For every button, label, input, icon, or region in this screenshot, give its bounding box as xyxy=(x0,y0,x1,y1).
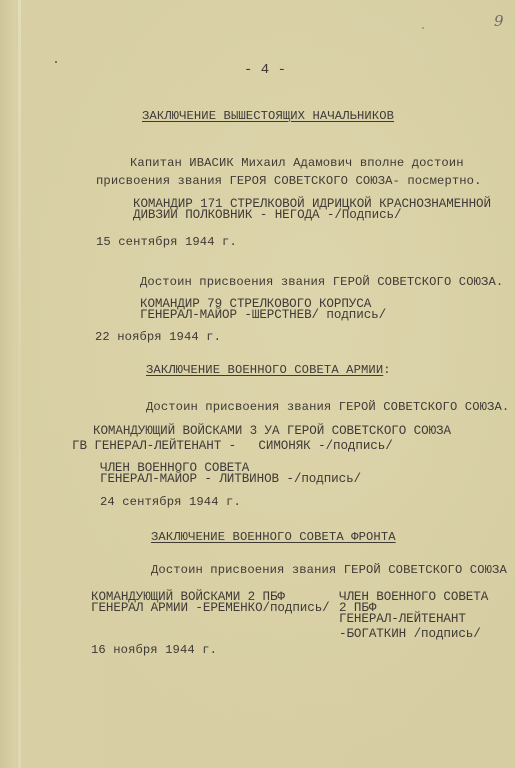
folio-number: 9 xyxy=(494,12,504,30)
signature-line: ГЕНЕРАЛ-ЛЕЙТЕНАНТ xyxy=(339,614,466,625)
paragraph-line: Достоин присвоения звания ГЕРОЙ СОВЕТСКО… xyxy=(146,401,509,413)
paragraph-line: Достоин присвоения звания ГЕРОЙ СОВЕТСКО… xyxy=(140,276,503,288)
signature-line: ДИВЗИИ ПОЛКОВНИК - НЕГОДА -/Подпись/ xyxy=(133,210,401,221)
ink-spot xyxy=(422,27,424,29)
date-line: 15 сентября 1944 г. xyxy=(96,236,237,248)
date-line: 22 ноября 1944 г. xyxy=(95,331,221,343)
page-number: - 4 - xyxy=(244,62,286,78)
signature-line: -БОГАТКИН /подпись/ xyxy=(339,629,481,640)
paragraph-line: Капитан ИВАСИК Михаил Адамович вполне до… xyxy=(130,157,464,169)
section-heading-front-council: ЗАКЛЮЧЕНИЕ ВОЕННОГО СОВЕТА ФРОНТА xyxy=(151,531,396,543)
date-line: 24 сентября 1944 г. xyxy=(100,496,241,508)
signature-line: ГЕНЕРАЛ-МАЙОР - ЛИТВИНОВ -/подпись/ xyxy=(100,474,361,485)
section-heading-army-council: ЗАКЛЮЧЕНИЕ ВОЕННОГО СОВЕТА АРМИИ: xyxy=(146,364,391,376)
signature-line: ГЕНЕРАЛ-МАЙОР -ШЕРСТНЕВ/ подпись/ xyxy=(140,310,386,321)
section-heading-superiors: ЗАКЛЮЧЕНИЕ ВЫШЕСТОЯЩИХ НАЧАЛЬНИКОВ xyxy=(142,110,394,122)
heading-text: ЗАКЛЮЧЕНИЕ ВОЕННОГО СОВЕТА АРМИИ xyxy=(146,363,383,377)
paper-fold xyxy=(18,0,21,768)
document-page: 9 - 4 - ЗАКЛЮЧЕНИЕ ВЫШЕСТОЯЩИХ НАЧАЛЬНИК… xyxy=(0,0,515,768)
paragraph-line: Достоин присвоения звания ГЕРОЙ СОВЕТСКО… xyxy=(151,564,507,576)
signature-line: ГВ ГЕНЕРАЛ-ЛЕЙТЕНАНТ - СИМОНЯК -/подпись… xyxy=(72,441,393,452)
date-line: 16 ноября 1944 г. xyxy=(91,644,217,656)
ink-spot xyxy=(55,61,57,63)
paragraph-line: присвоения звания ГЕРОЯ СОВЕТСКОГО СОЮЗА… xyxy=(96,175,482,187)
heading-suffix: : xyxy=(383,363,390,377)
signature-line: ГЕНЕРАЛ АРМИИ -ЕРЕМЕНКО/подпись/ xyxy=(91,603,330,614)
signature-line: КОМАНДУЮЩИЙ ВОЙСКАМИ 3 УА ГЕРОЙ СОВЕТСКО… xyxy=(93,426,451,437)
